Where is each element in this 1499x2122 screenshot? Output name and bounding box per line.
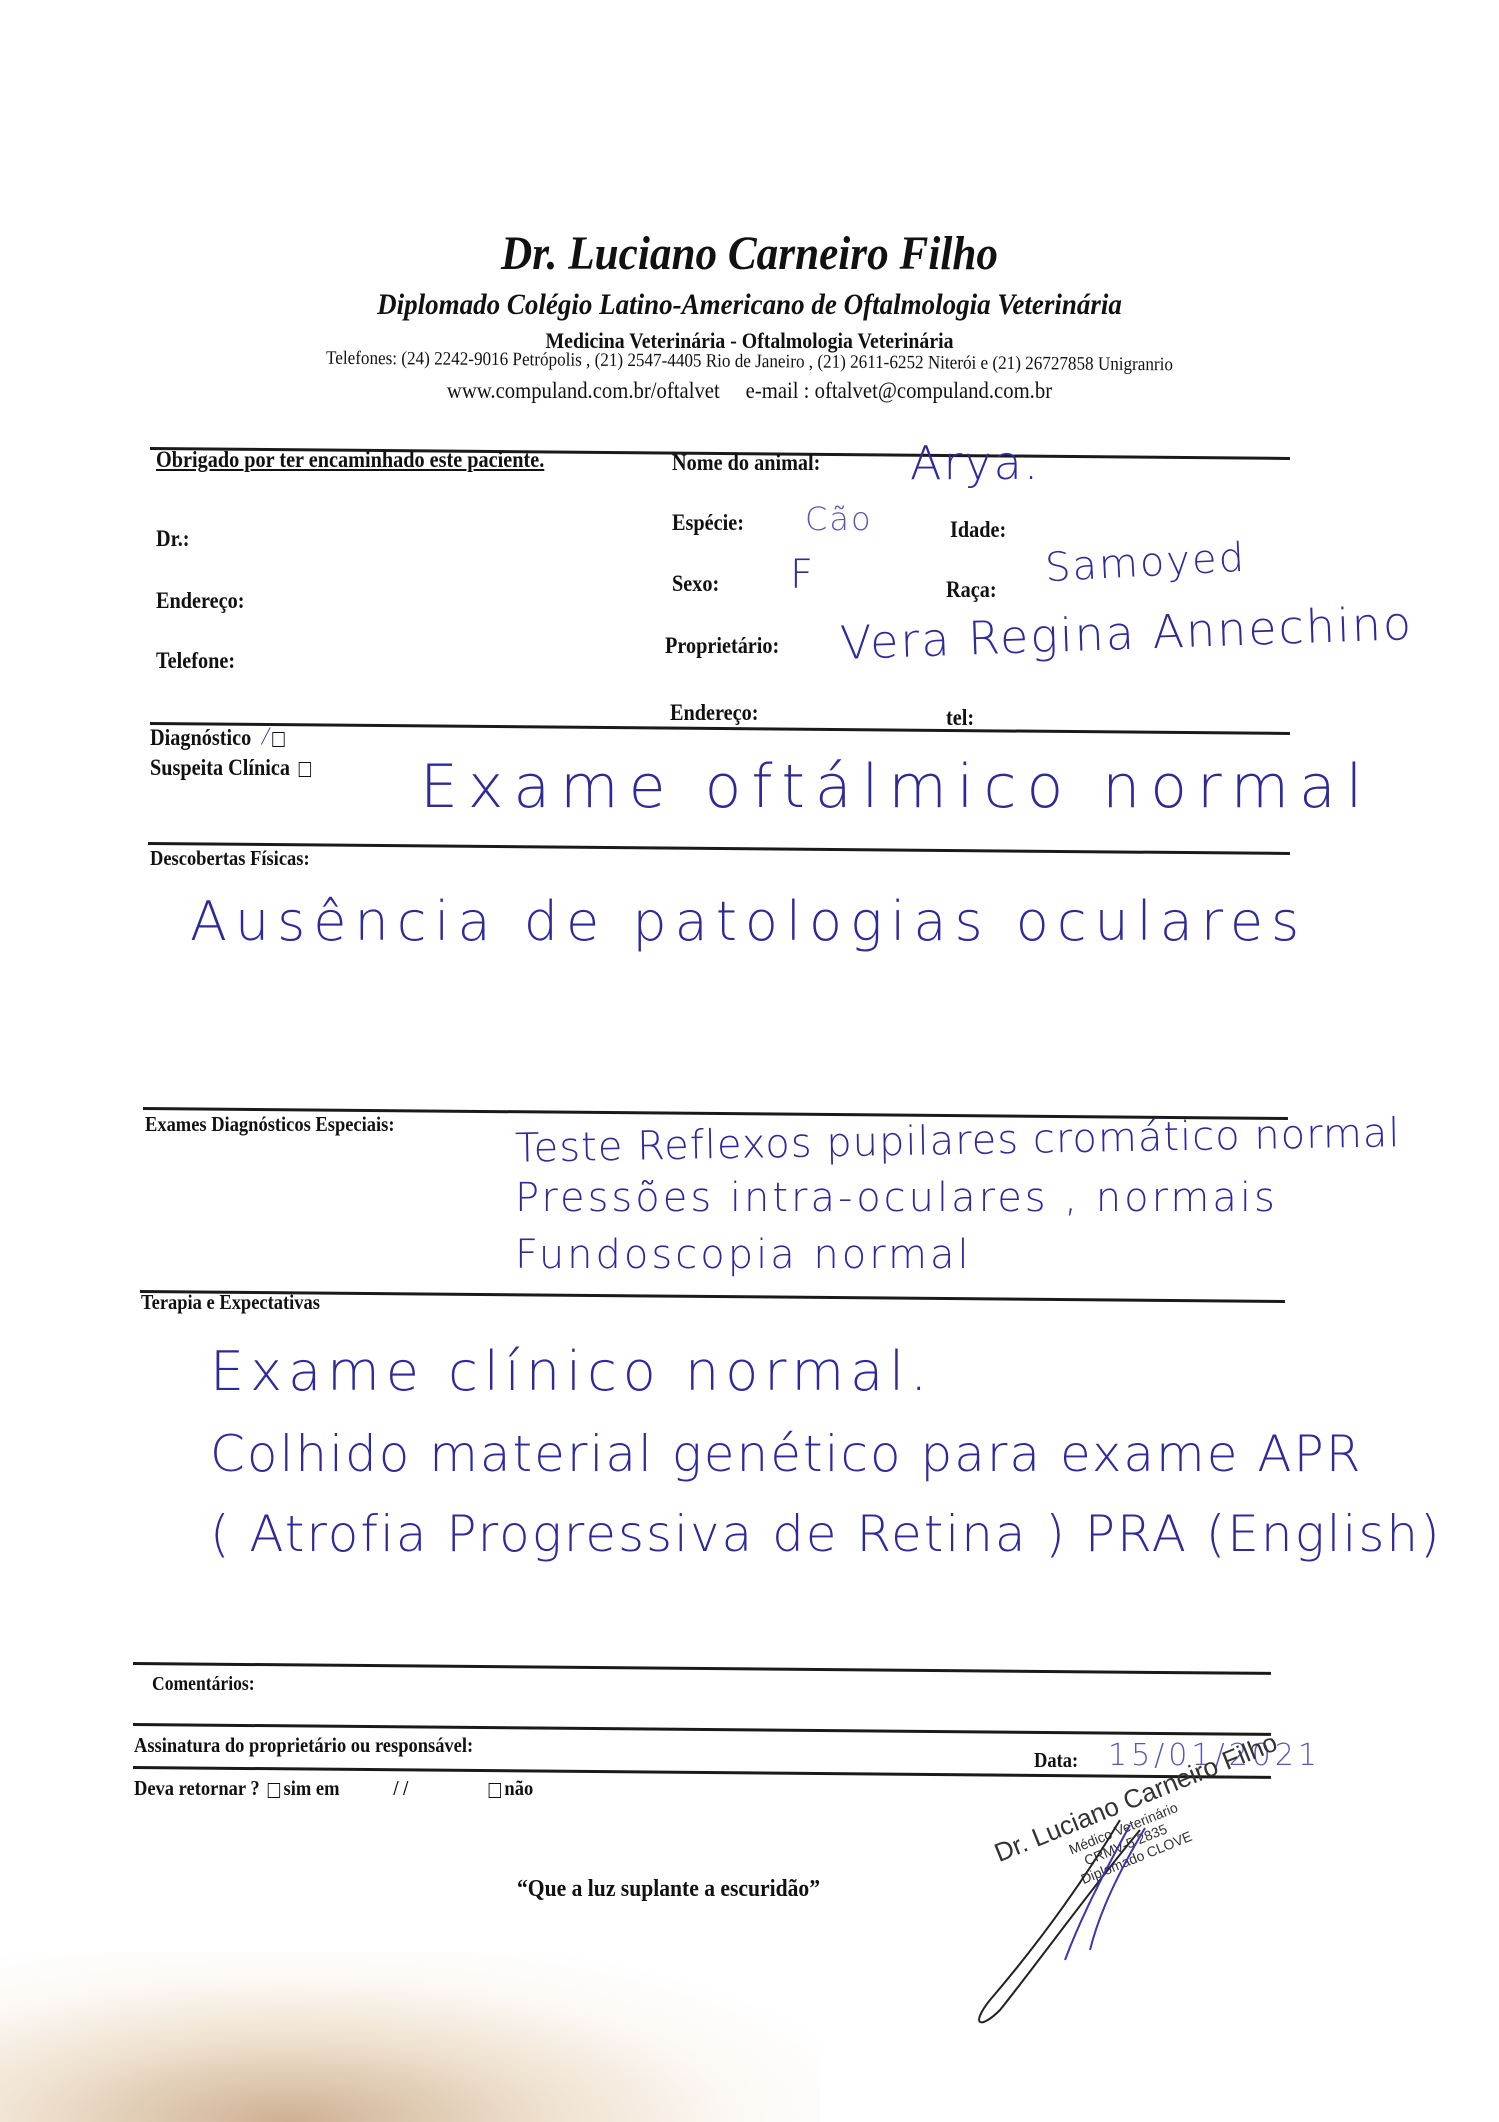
return-question: Deva retornar ? sim em / / não (134, 1776, 533, 1801)
suspicion-label: Suspeita Clínica (150, 755, 314, 781)
paper-stain (0, 1952, 820, 2122)
divider (133, 1662, 1271, 1675)
return-yes-checkbox[interactable] (268, 1783, 280, 1798)
motto: “Que a luz suplante a escuridão” (517, 1876, 820, 1903)
diploma-line: Diplomado Colégio Latino-Americano de Of… (75, 288, 1424, 322)
date-label: Data: (1034, 1748, 1078, 1773)
signature-scribble (970, 1810, 1170, 2030)
diagnosis-value[interactable]: Exame oftálmico normal (420, 752, 1372, 822)
therapy-line[interactable]: ( Atrofia Progressiva de Retina ) PRA (E… (210, 1505, 1442, 1563)
email-link[interactable]: e-mail : oftalvet@compuland.com.br (746, 378, 1052, 403)
diagnosis-label: Diagnóstico ⁄ (150, 725, 288, 751)
age-label: Idade: (950, 517, 1006, 543)
website-link[interactable]: www.compuland.com.br/oftalvet (447, 378, 720, 403)
return-no-checkbox[interactable] (489, 1783, 501, 1798)
signature-label: Assinatura do proprietário ou responsáve… (134, 1733, 473, 1758)
special-exams-label: Exames Diagnósticos Especiais: (145, 1112, 394, 1137)
return-date-field[interactable]: / / (393, 1776, 408, 1800)
owner-tel-label: tel: (946, 705, 974, 731)
physical-findings-label: Descobertas Físicas: (150, 846, 310, 871)
animal-name-label: Nome do animal: (672, 450, 820, 476)
sex-value[interactable]: F (790, 552, 815, 598)
breed-label: Raça: (946, 577, 997, 603)
address-label: Endereço: (156, 588, 244, 614)
therapy-line[interactable]: Colhido material genético para exame APR (210, 1425, 1363, 1483)
animal-name-value[interactable]: Arya. (910, 436, 1040, 490)
special-exam-line[interactable]: Fundoscopia normal (515, 1232, 972, 1278)
comments-label: Comentários: (152, 1673, 255, 1696)
species-label: Espécie: (672, 510, 744, 536)
doctor-name: Dr. Luciano Carneiro Filho (75, 226, 1424, 281)
therapy-label: Terapia e Expectativas (141, 1290, 320, 1315)
owner-value[interactable]: Vera Regina Annechino (839, 596, 1414, 670)
diagnosis-checkbox[interactable]: ⁄ (272, 732, 284, 747)
physical-findings-value[interactable]: Ausência de patologias oculares (190, 890, 1307, 953)
divider (148, 842, 1290, 855)
phone-label: Telefone: (156, 648, 235, 674)
special-exam-line[interactable]: Teste Reflexos pupilares cromático norma… (515, 1110, 1401, 1171)
species-value[interactable]: Cão (805, 500, 873, 538)
special-exam-line[interactable]: Pressões intra-oculares , normais (515, 1175, 1278, 1221)
suspicion-checkbox[interactable] (299, 762, 311, 777)
referral-thanks: Obrigado por ter encaminhado este pacien… (156, 447, 544, 473)
check-mark-icon: ⁄ (264, 725, 267, 750)
breed-value[interactable]: Samoyed (1044, 535, 1247, 591)
contact-line: www.compuland.com.br/oftalvet e-mail : o… (75, 378, 1424, 404)
sex-label: Sexo: (672, 571, 719, 597)
therapy-line[interactable]: Exame clínico normal. (210, 1340, 933, 1403)
owner-label: Proprietário: (665, 633, 779, 659)
doctor-label: Dr.: (156, 526, 190, 552)
owner-address-label: Endereço: (670, 700, 758, 726)
